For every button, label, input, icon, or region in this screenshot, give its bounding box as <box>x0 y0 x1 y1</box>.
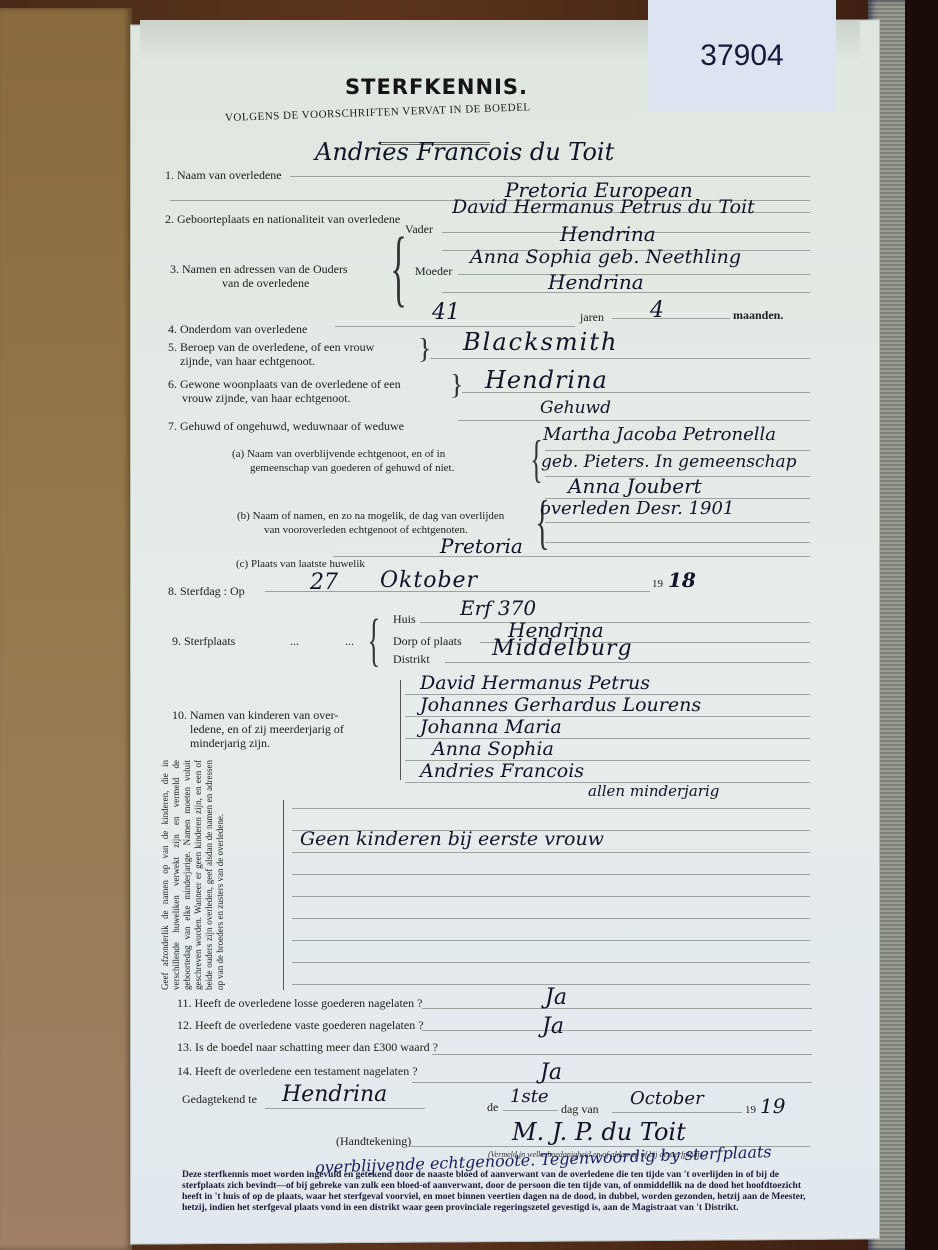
field-1-line <box>290 176 810 177</box>
q11-line <box>422 1008 812 1009</box>
signed-day: 1ste <box>510 1086 549 1107</box>
death-year-prefix: 19 <box>652 578 663 590</box>
q13-label: 13. Is de boedel naar schatting meer dan… <box>177 1040 438 1055</box>
distrikt-label: Distrikt <box>393 652 430 667</box>
footer-instructions: Deze sterfkennis moet worden ingevuld en… <box>182 1170 822 1214</box>
q11-value: Ja <box>545 985 567 1010</box>
child-name: Johanna Maria <box>420 716 562 738</box>
field-4-line <box>335 326 575 327</box>
field-7a-label-2: gemeenschap van goederen of gehuwd of ni… <box>250 462 454 474</box>
field-1-value: Andries Francois du Toit <box>315 138 614 166</box>
field-6-label-1: 6. Gewone woonplaats van de overledene o… <box>168 377 401 392</box>
blank-line <box>292 918 810 919</box>
field-5-line <box>430 358 810 359</box>
field-7c-label: (c) Plaats van laatste huwelik <box>236 558 365 570</box>
huis-value: Erf 370 <box>460 596 536 620</box>
moeder-address: Hendrina <box>548 270 644 294</box>
field-7b-label-1: (b) Naam of namen, en zo na mogelik, de … <box>237 510 504 522</box>
field-7b-label-2: van vooroverleden echtgenoot of echtgeno… <box>264 524 468 536</box>
field-8-label: 8. Sterfdag : Op <box>168 584 245 599</box>
field-6-value: Hendrina <box>485 366 608 394</box>
signed-month: October <box>630 1088 704 1109</box>
field-7b-line-2 <box>545 522 810 523</box>
signed-label: Gedagtekend te <box>182 1092 257 1107</box>
dark-edge <box>905 0 938 1250</box>
signed-month-line <box>612 1112 742 1113</box>
months-label: maanden. <box>733 308 783 323</box>
field-5-label-1: 5. Beroep van de overledene, of een vrou… <box>168 340 374 355</box>
field-7a-value-1: Martha Jacoba Petronella <box>543 424 776 445</box>
field-7c-value: Pretoria <box>440 534 523 558</box>
children-note: allen minderjarig <box>588 782 719 800</box>
signed-year-prefix: 19 <box>745 1104 756 1116</box>
blank-line <box>292 852 810 853</box>
huis-line <box>420 622 810 623</box>
death-month: Oktober <box>380 568 478 593</box>
signature-label: (Handtekening) <box>336 1134 411 1149</box>
child-name: Anna Sophia <box>432 738 554 760</box>
field-1-label: 1. Naam van overledene <box>165 168 282 183</box>
field-5-value: Blacksmith <box>463 328 618 356</box>
death-year-suffix: 18 <box>668 568 696 592</box>
signed-de-label: de <box>487 1100 498 1115</box>
distrikt-line <box>445 662 810 663</box>
child-name: David Hermanus Petrus <box>420 672 650 694</box>
q13-line <box>432 1054 812 1055</box>
field-5-label-2: zijnde, van haar echtgenoot. <box>180 354 315 369</box>
field-3-label-1: 3. Namen en adressen van de Ouders <box>170 262 348 277</box>
age-years: 41 <box>432 300 460 325</box>
field-2-label: 2. Geboorteplaats en nationaliteit van o… <box>165 212 400 227</box>
signed-place-line <box>265 1108 425 1109</box>
field-6-brace: } <box>450 370 463 402</box>
field-7b-line-3 <box>545 542 810 543</box>
years-label: jaren <box>580 310 604 325</box>
age-months: 4 <box>650 298 664 323</box>
blank-line <box>292 874 810 875</box>
field-9-brace: { <box>368 606 381 673</box>
moeder-address-line <box>442 292 810 293</box>
signature-value: M. J. P. du Toit <box>512 1118 686 1146</box>
field-10-label-1: 10. Namen van kinderen van over- <box>172 708 338 723</box>
moeder-label: Moeder <box>415 264 452 279</box>
field-9-dots-2: ... <box>345 634 354 649</box>
field-3-label-2: van de overledene <box>222 276 309 291</box>
book-cover <box>0 8 132 1250</box>
side-bracket <box>283 800 284 990</box>
q12-value: Ja <box>542 1014 564 1039</box>
field-7b-value-2: overleden Desr. 1901 <box>540 498 734 519</box>
signed-year-suffix: 19 <box>760 1094 785 1118</box>
field-7-line <box>458 420 810 421</box>
field-9-label: 9. Sterfplaats <box>172 634 235 649</box>
field-4-label: 4. Onderdom van overledene <box>168 322 307 337</box>
q14-line <box>412 1082 812 1083</box>
moeder-name: Anna Sophia geb. Neethling <box>470 246 741 268</box>
blank-line <box>292 808 810 809</box>
q11-label: 11. Heeft de overledene losse goederen n… <box>177 996 422 1011</box>
q12-line <box>422 1030 812 1031</box>
other-children-note: Geen kinderen bij eerste vrouw <box>300 828 604 850</box>
death-day: 27 <box>310 570 338 595</box>
side-instruction: Geef afzonderlik de namen op van de kind… <box>160 760 226 990</box>
field-9-dots-1: ... <box>290 634 299 649</box>
distrikt-value: Middelburg <box>492 636 633 661</box>
field-7c-line <box>333 556 810 557</box>
field-7a-label-1: (a) Naam van overblijvende echtgenoot, e… <box>232 448 445 460</box>
months-line <box>612 318 730 319</box>
vader-address: Hendrina <box>560 222 656 246</box>
field-10-label-3: minderjarig zijn. <box>190 736 270 751</box>
child-name: Andries Francois <box>420 760 584 782</box>
field-7a-value-2: geb. Pieters. In gemeenschap <box>541 452 797 472</box>
reference-number-label: 37904 <box>648 0 836 112</box>
field-6-label-2: vrouw zijnde, van haar echtgenoot. <box>182 391 351 406</box>
children-bracket <box>400 680 401 780</box>
field-7a-line-1 <box>545 450 810 451</box>
vader-label: Vader <box>405 222 433 237</box>
document-title: STERFKENNIS. <box>345 75 528 99</box>
signed-dag-van-label: dag van <box>561 1102 599 1117</box>
blank-line <box>292 896 810 897</box>
dorp-label: Dorp of plaats <box>393 634 462 649</box>
signed-place: Hendrina <box>282 1082 387 1107</box>
q14-label: 14. Heeft de overledene een testament na… <box>177 1064 418 1079</box>
field-5-brace: } <box>418 334 431 366</box>
signed-day-line <box>503 1110 558 1111</box>
blank-line <box>292 940 810 941</box>
blank-line <box>292 962 810 963</box>
vader-name: David Hermanus Petrus du Toit <box>452 196 755 218</box>
field-7-value: Gehuwd <box>540 398 611 418</box>
field-7b-value-1: Anna Joubert <box>568 474 702 498</box>
child-name: Johannes Gerhardus Lourens <box>420 694 701 716</box>
field-7-label: 7. Gehuwd of ongehuwd, weduwnaar of wedu… <box>168 419 404 434</box>
q14-value: Ja <box>540 1060 562 1085</box>
q12-label: 12. Heeft de overledene vaste goederen n… <box>177 1018 424 1033</box>
field-10-label-2: ledene, en of zij meerderjarig of <box>190 722 344 737</box>
huis-label: Huis <box>393 612 416 627</box>
